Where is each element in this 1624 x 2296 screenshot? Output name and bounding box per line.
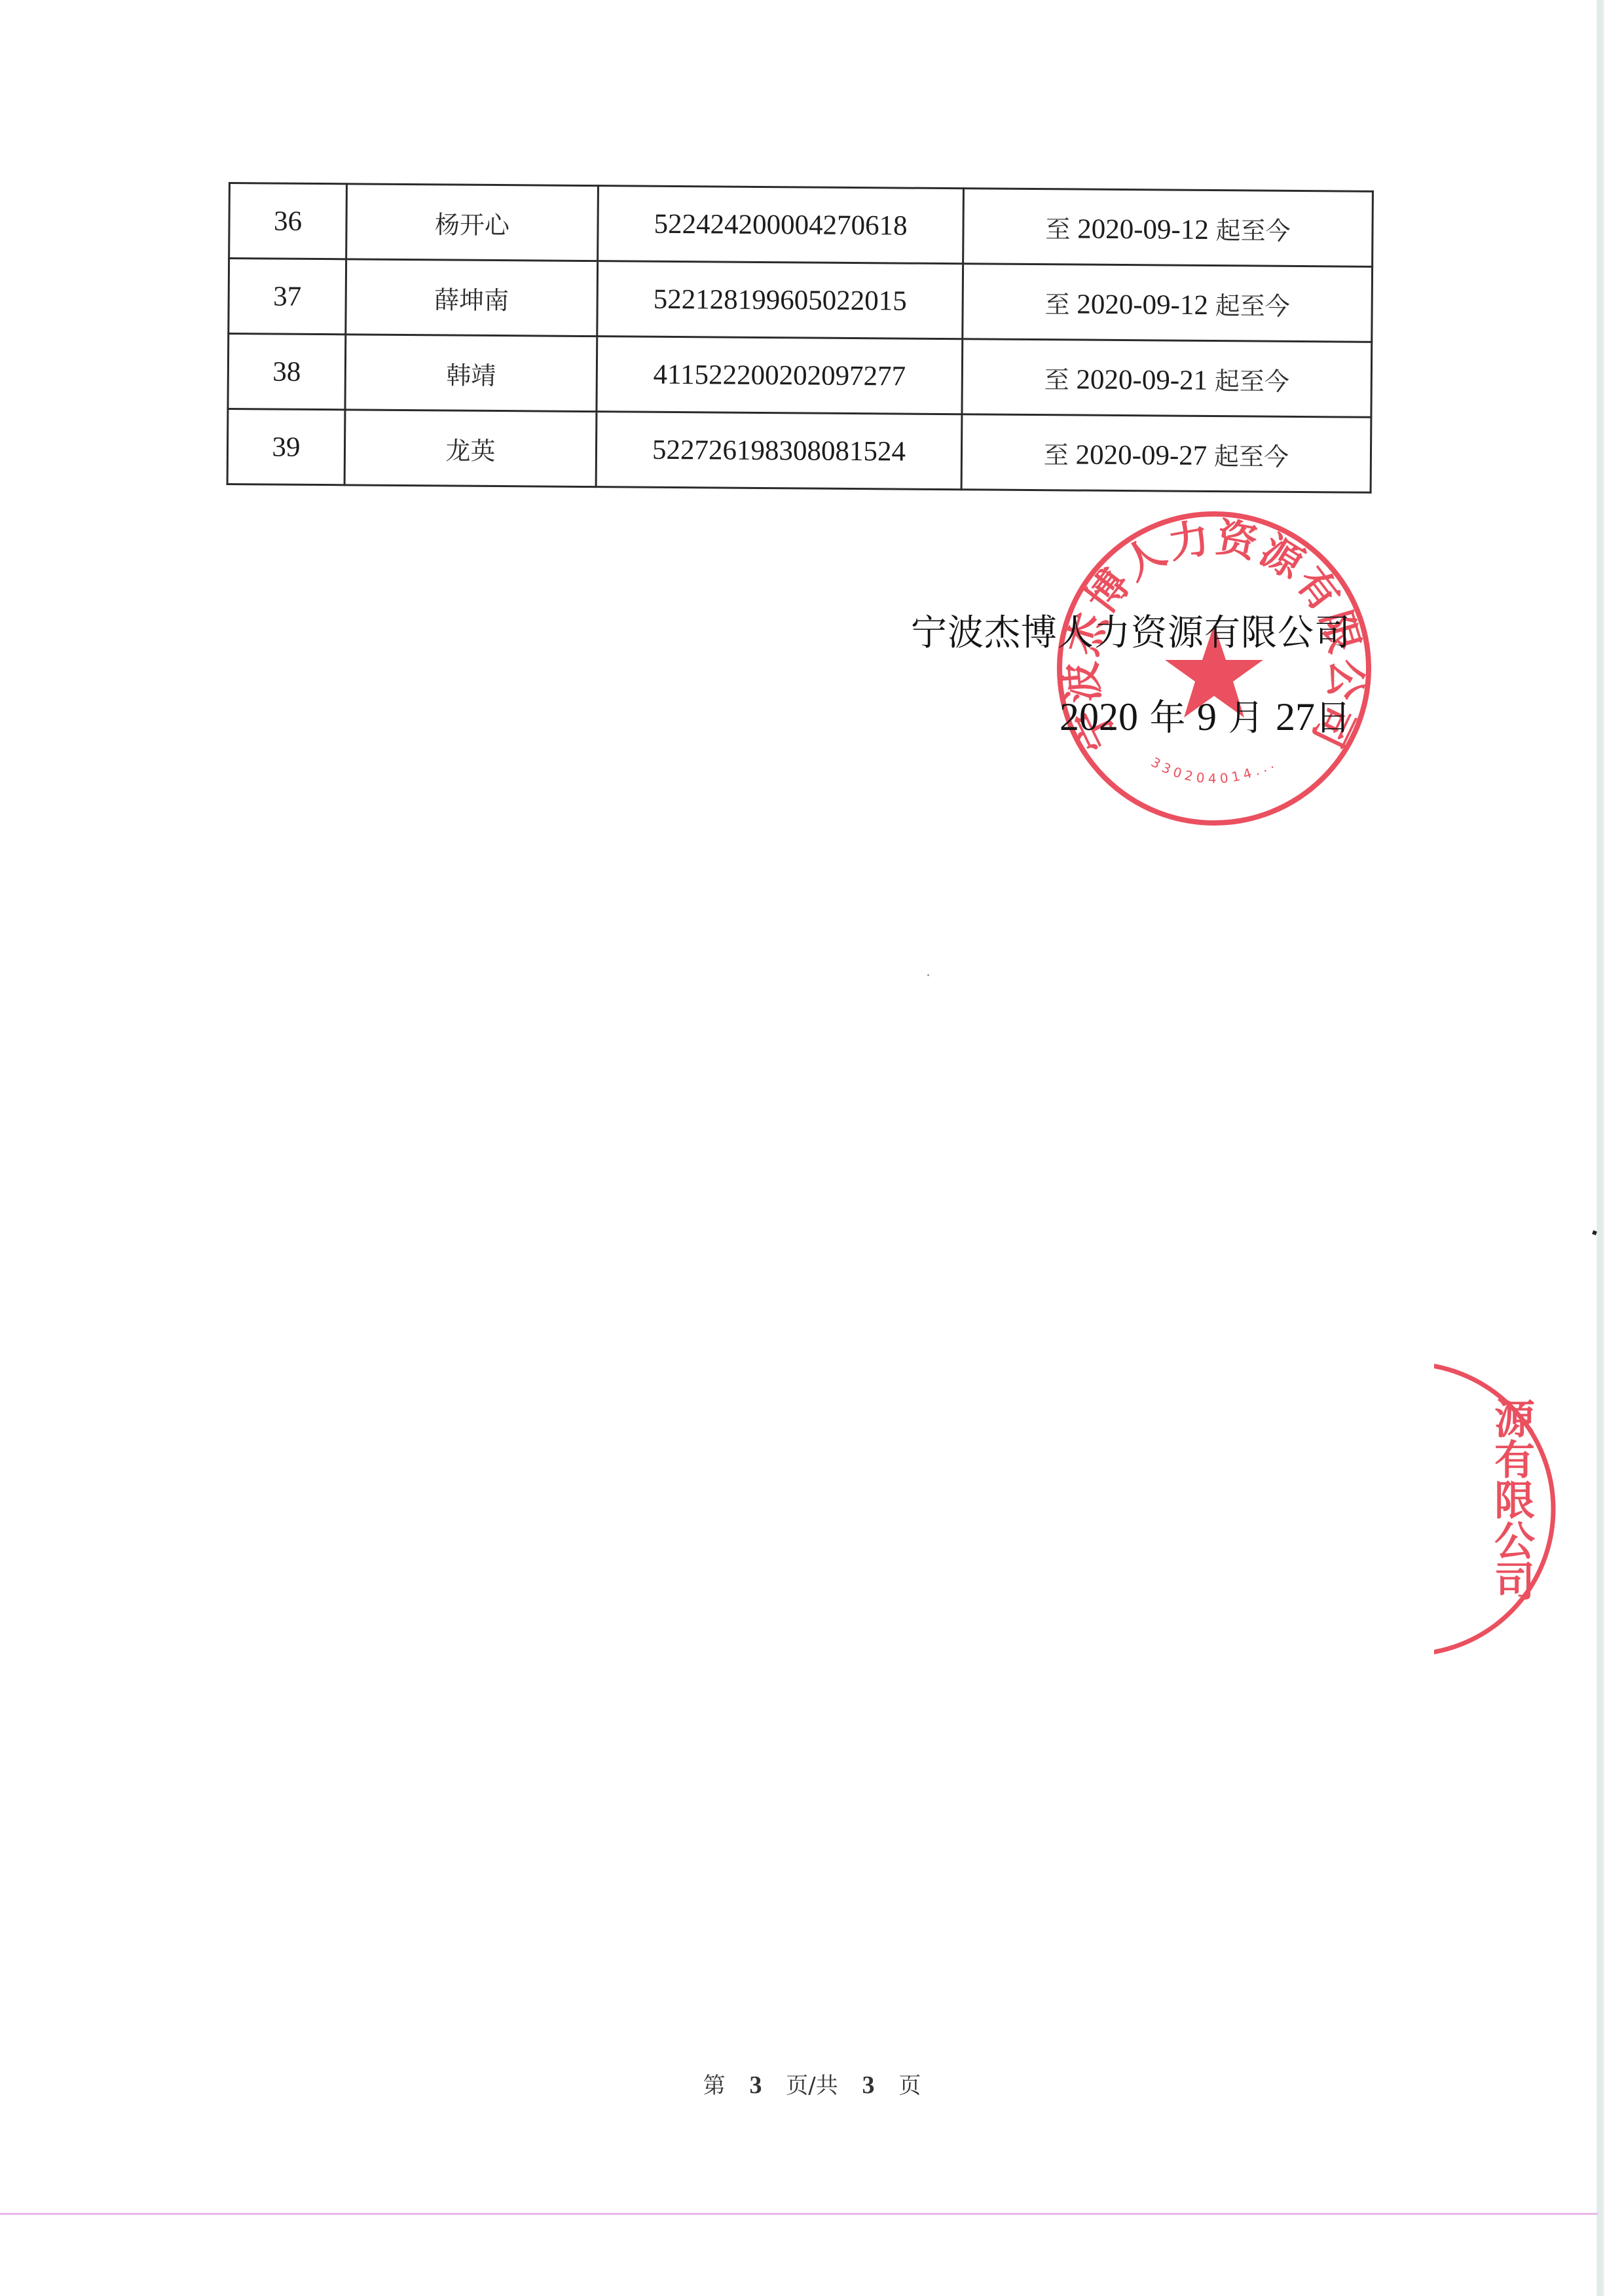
date-day: 27 xyxy=(1276,695,1315,738)
id-number: 522424200004270618 xyxy=(598,186,964,264)
footer-prefix: 第 xyxy=(703,2073,726,2099)
partial-seal-stamp: 源有限公司 xyxy=(1434,1358,1565,1660)
signature-date: 2020 年 9 月 27日 xyxy=(1060,689,1351,740)
seal-code-text: 330204014... xyxy=(1149,754,1280,786)
id-number-text: 522424200004270618 xyxy=(654,208,907,241)
page-bottom-line xyxy=(0,2213,1598,2215)
company-seal-stamp: 宁波杰博人力资源有限公司 330204014... xyxy=(1054,508,1375,829)
row-index-text: 38 xyxy=(272,356,301,387)
date-year-unit: 年 xyxy=(1150,697,1186,738)
scanner-edge-strip xyxy=(1596,0,1604,2296)
employee-name: 龙英 xyxy=(344,410,597,487)
id-number: 522128199605022015 xyxy=(597,261,963,339)
employee-name-text: 杨开心 xyxy=(435,210,509,240)
period-suffix: 起至今 xyxy=(1215,367,1289,396)
total-pages-number: 3 xyxy=(862,2071,875,2099)
period-prefix: 至 xyxy=(1045,215,1070,244)
id-number: 411522200202097277 xyxy=(597,337,963,414)
period-suffix: 起至今 xyxy=(1215,291,1290,321)
row-index-text: 39 xyxy=(272,431,300,462)
roster-table: 36杨开心522424200004270618至 2020-09-12 起至今3… xyxy=(227,182,1374,494)
period-date: 2020-09-21 xyxy=(1076,364,1208,395)
table-row: 38韩靖411522200202097277至 2020-09-21 起至今 xyxy=(228,334,1372,418)
table-row: 37薛坤南522128199605022015至 2020-09-12 起至今 xyxy=(229,259,1373,342)
table-row: 39龙英522726198308081524至 2020-09-27 起至今 xyxy=(227,409,1371,493)
partial-seal-text: 源有限公司 xyxy=(1488,1398,1536,1601)
period-prefix: 至 xyxy=(1044,290,1069,319)
id-number-text: 411522200202097277 xyxy=(653,359,906,392)
employment-period: 至 2020-09-12 起至今 xyxy=(963,189,1373,267)
id-number-text: 522128199605022015 xyxy=(654,283,907,316)
id-number: 522726198308081524 xyxy=(596,412,962,490)
scan-speck xyxy=(927,974,929,976)
footer-middle: 页/共 xyxy=(786,2073,838,2099)
employee-name: 杨开心 xyxy=(346,184,599,261)
employee-name-text: 韩靖 xyxy=(446,361,496,390)
employee-table: 36杨开心522424200004270618至 2020-09-12 起至今3… xyxy=(227,182,1374,494)
employment-period: 至 2020-09-12 起至今 xyxy=(963,264,1373,342)
svg-text:330204014...: 330204014... xyxy=(1149,754,1280,786)
row-index: 38 xyxy=(228,334,346,410)
period-prefix: 至 xyxy=(1044,441,1069,469)
period-suffix: 起至今 xyxy=(1214,442,1289,471)
row-index-text: 36 xyxy=(274,206,302,236)
row-index-text: 37 xyxy=(273,281,301,312)
row-index: 37 xyxy=(229,259,346,335)
employee-name-text: 龙英 xyxy=(445,436,495,465)
footer-suffix: 页 xyxy=(898,2073,921,2099)
row-index: 39 xyxy=(227,409,345,485)
page-footer: 第 3 页/共 3 页 xyxy=(0,2068,1624,2100)
company-name-signature: 宁波杰博人力资源有限公司 xyxy=(911,604,1351,655)
date-day-unit: 日 xyxy=(1315,697,1351,738)
id-number-text: 522726198308081524 xyxy=(652,434,906,467)
row-index: 36 xyxy=(229,183,347,259)
employee-name: 薛坤南 xyxy=(346,259,598,337)
employee-name-text: 薛坤南 xyxy=(434,285,509,315)
employment-period: 至 2020-09-27 起至今 xyxy=(961,414,1371,493)
date-month-unit: 月 xyxy=(1228,697,1264,738)
period-date: 2020-09-27 xyxy=(1075,439,1207,471)
employee-name: 韩靖 xyxy=(345,335,597,412)
employment-period: 至 2020-09-21 起至今 xyxy=(962,339,1372,418)
period-prefix: 至 xyxy=(1044,365,1069,394)
period-suffix: 起至今 xyxy=(1215,216,1290,246)
period-date: 2020-09-12 xyxy=(1077,213,1209,245)
table-row: 36杨开心522424200004270618至 2020-09-12 起至今 xyxy=(229,183,1373,267)
current-page-number: 3 xyxy=(749,2071,762,2099)
period-date: 2020-09-12 xyxy=(1077,289,1208,320)
date-year: 2020 xyxy=(1060,695,1138,738)
date-month: 9 xyxy=(1197,695,1217,738)
